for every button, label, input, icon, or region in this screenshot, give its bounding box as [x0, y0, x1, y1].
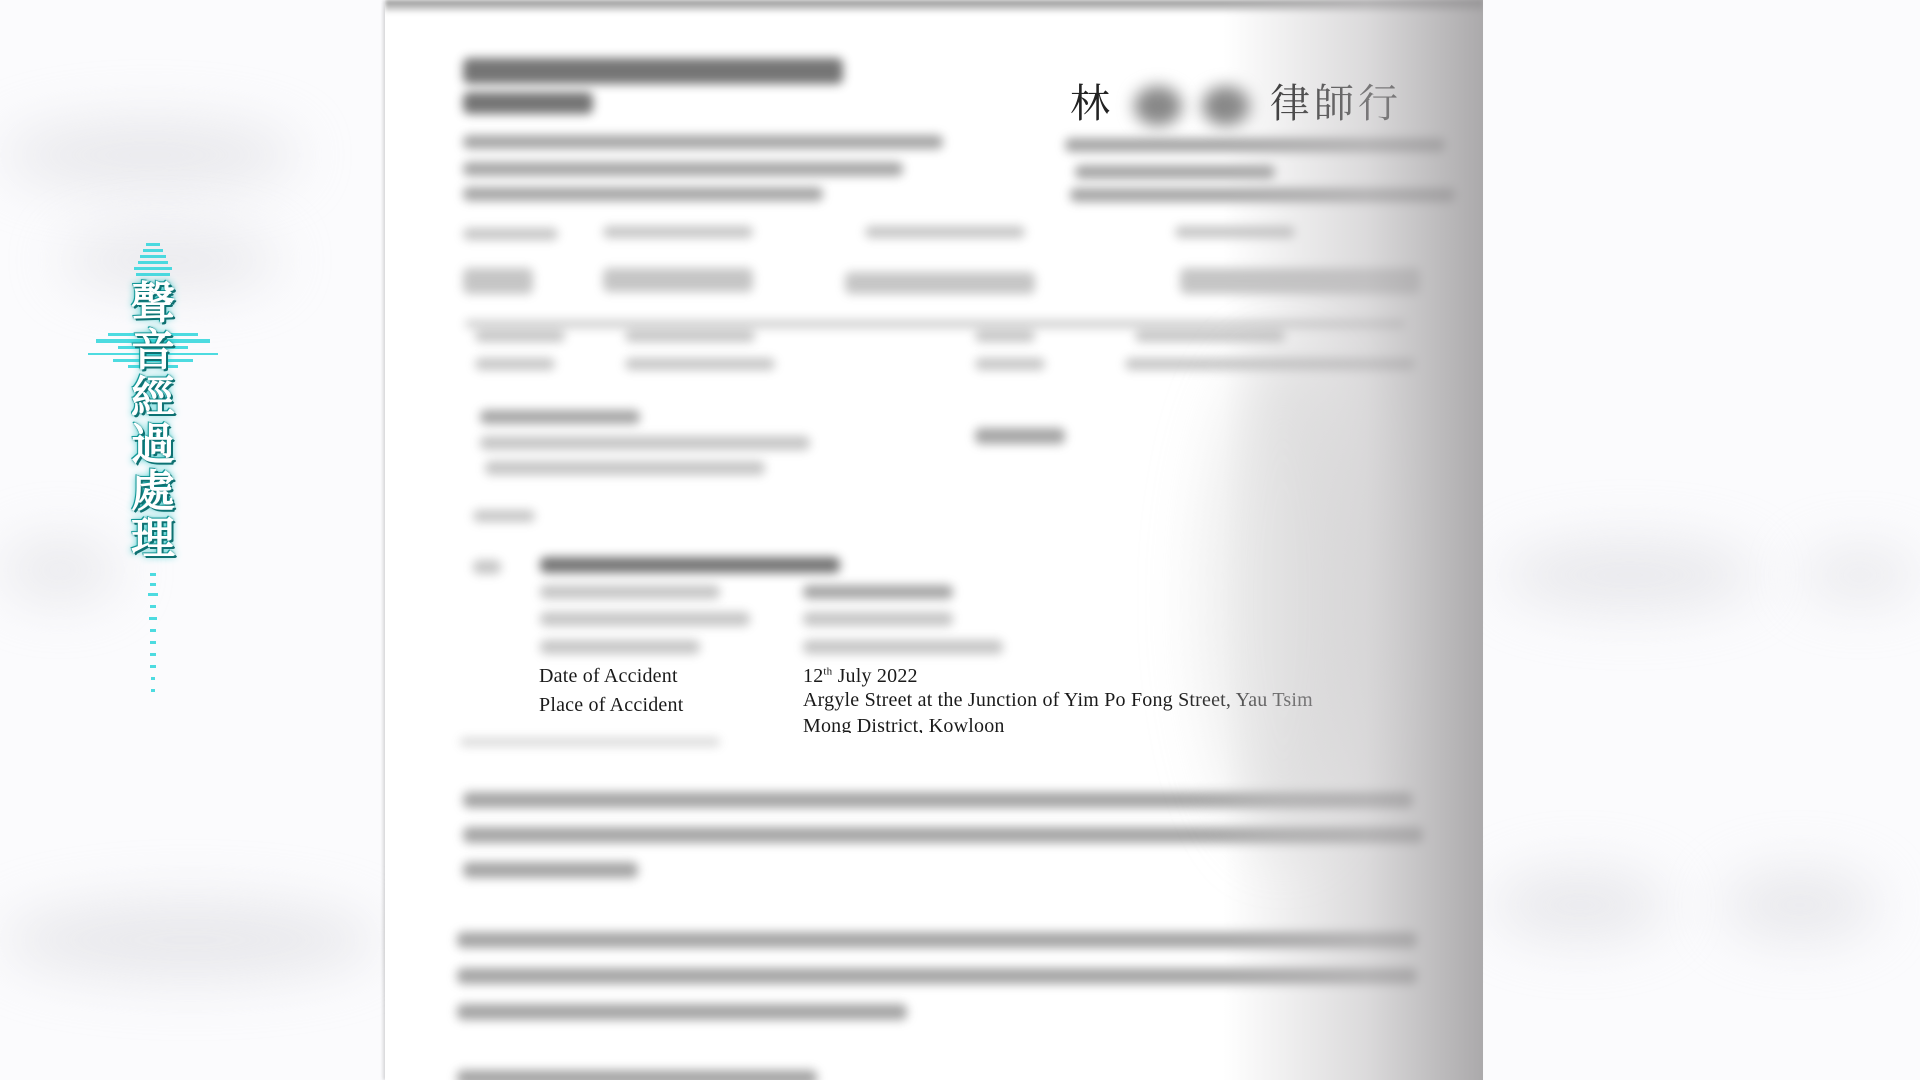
redacted-field-value	[803, 612, 953, 626]
redacted-body-line	[457, 1004, 907, 1020]
redacted-addressee	[480, 436, 810, 450]
redacted-text	[845, 272, 1035, 294]
redacted-salutation	[473, 510, 535, 522]
background-blur	[0, 120, 300, 190]
redacted-address-line	[463, 187, 823, 201]
redacted-text	[603, 268, 753, 292]
redacted-name	[1134, 86, 1182, 126]
redacted-text	[475, 358, 555, 370]
date-day: 12	[803, 665, 823, 687]
redacted-field-label	[540, 640, 700, 654]
redacted-address-line	[463, 135, 943, 149]
watermark-char: 聲	[131, 280, 175, 327]
redacted-text	[463, 268, 533, 294]
watermark-char: 過	[131, 421, 175, 468]
background-blur	[1800, 550, 1920, 600]
place-of-accident-value-line2: Mong District, Kowloon	[803, 715, 1005, 733]
redacted-re-label	[473, 560, 501, 574]
audio-processed-watermark: 聲 音 經 過 處 理	[118, 248, 188, 562]
redacted-body-line	[457, 1070, 817, 1080]
redacted-subject	[540, 557, 840, 573]
redacted-body-line	[463, 862, 638, 878]
place-of-accident-label: Place of Accident	[539, 694, 683, 717]
redacted-field-value	[803, 585, 953, 599]
redacted-addressee	[480, 410, 640, 424]
redacted-address-line	[463, 162, 903, 176]
redacted-text	[975, 330, 1035, 342]
document-page: 林律師行 Date of Accident 12th July 2022 Pla…	[385, 0, 1483, 1080]
redacted-firm-name	[463, 58, 843, 84]
divider	[460, 738, 720, 746]
background-blur	[1490, 870, 1670, 940]
redacted-text	[865, 226, 1025, 238]
redacted-text	[603, 226, 753, 238]
redacted-field-label	[540, 585, 720, 599]
watermark-char: 處	[131, 468, 175, 515]
redacted-field-label	[540, 612, 750, 626]
redacted-text	[625, 358, 775, 370]
redacted-text	[625, 330, 755, 342]
date-of-accident-label: Date of Accident	[539, 665, 678, 688]
date-of-accident-value: 12th July 2022	[803, 665, 918, 688]
redacted-addressee	[485, 461, 765, 475]
date-month-year: July 2022	[832, 665, 917, 687]
background-blur	[0, 900, 380, 980]
page-shadow	[1223, 0, 1483, 1080]
watermark-char: 經	[131, 374, 175, 421]
redacted-firm-subtitle	[463, 92, 593, 114]
redacted-reference	[975, 428, 1065, 444]
redacted-text	[475, 330, 565, 342]
watermark-char: 音	[131, 327, 175, 374]
redacted-text	[463, 228, 558, 240]
firm-name-part: 林	[1070, 81, 1114, 127]
redacted-field-value	[803, 640, 1003, 654]
redacted-text	[975, 358, 1045, 370]
background-blur	[1720, 870, 1880, 940]
background-blur	[1500, 540, 1760, 610]
watermark-char: 理	[131, 515, 175, 562]
